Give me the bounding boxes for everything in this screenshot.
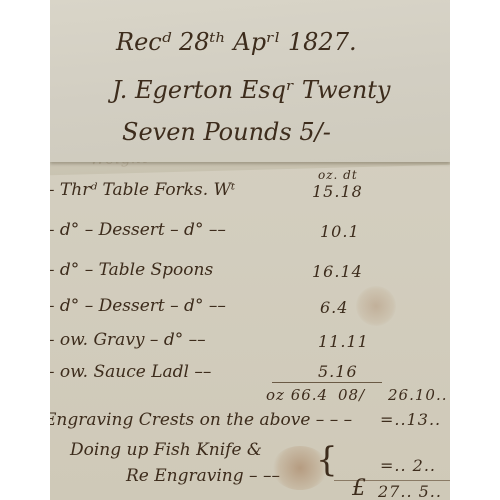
rate-per-oz: 08/ [338,386,365,404]
grand-total: 27.. 5.. [378,482,442,500]
ink-stain [272,446,328,490]
receipt-payer-line: J. Egerton Esqʳ Twenty [112,76,390,104]
item-description: – d° – Dessert – d° –– [50,296,226,316]
extras-line-2: Re Engraving – –– [126,466,280,486]
column-header: oz. dt [318,168,358,182]
item-description: – ow. Gravy – d° –– [50,330,206,350]
item-amount: 16.14 [312,262,363,281]
receipt-date-line: Recᵈ 28ᵗʰ Apʳˡ 1827. [116,28,357,56]
item-amount: 5.16 [318,362,358,381]
total-weight: oz 66.4 [266,386,328,404]
engraving-description: Engraving Crests on the above – – – [50,410,352,430]
receipt-header-section: Recᵈ 28ᵗʰ Apʳˡ 1827. J. Egerton Esqʳ Twe… [50,0,450,162]
document-paper: Weight – – – oz dwt Recᵈ 28ᵗʰ Apʳˡ 1827.… [50,0,450,500]
engraving-amount: =..13.. [380,410,441,429]
item-amount: 11.11 [318,332,369,351]
extras-line-1: Doing up Fish Knife & [70,440,262,460]
item-description: – ow. Sauce Ladl –– [50,362,211,382]
item-amount: 6.4 [320,298,348,317]
item-amount: 15.18 [312,182,363,201]
item-description: – d° – Dessert – d° –– [50,220,226,240]
paper-stain [356,286,396,326]
subtotal-rule [272,382,382,383]
receipt-amount-words: Seven Pounds 5/- [122,118,331,146]
item-description: – d° – Table Spoons [50,260,213,280]
item-amount: 10.1 [320,222,360,241]
extras-amount: =.. 2.. [380,456,436,475]
pound-symbol: £ [352,476,366,500]
silver-subtotal: 26.10.. [388,386,447,404]
item-description: – Thrᵈ Table Forks. Wᵗ [50,180,235,200]
